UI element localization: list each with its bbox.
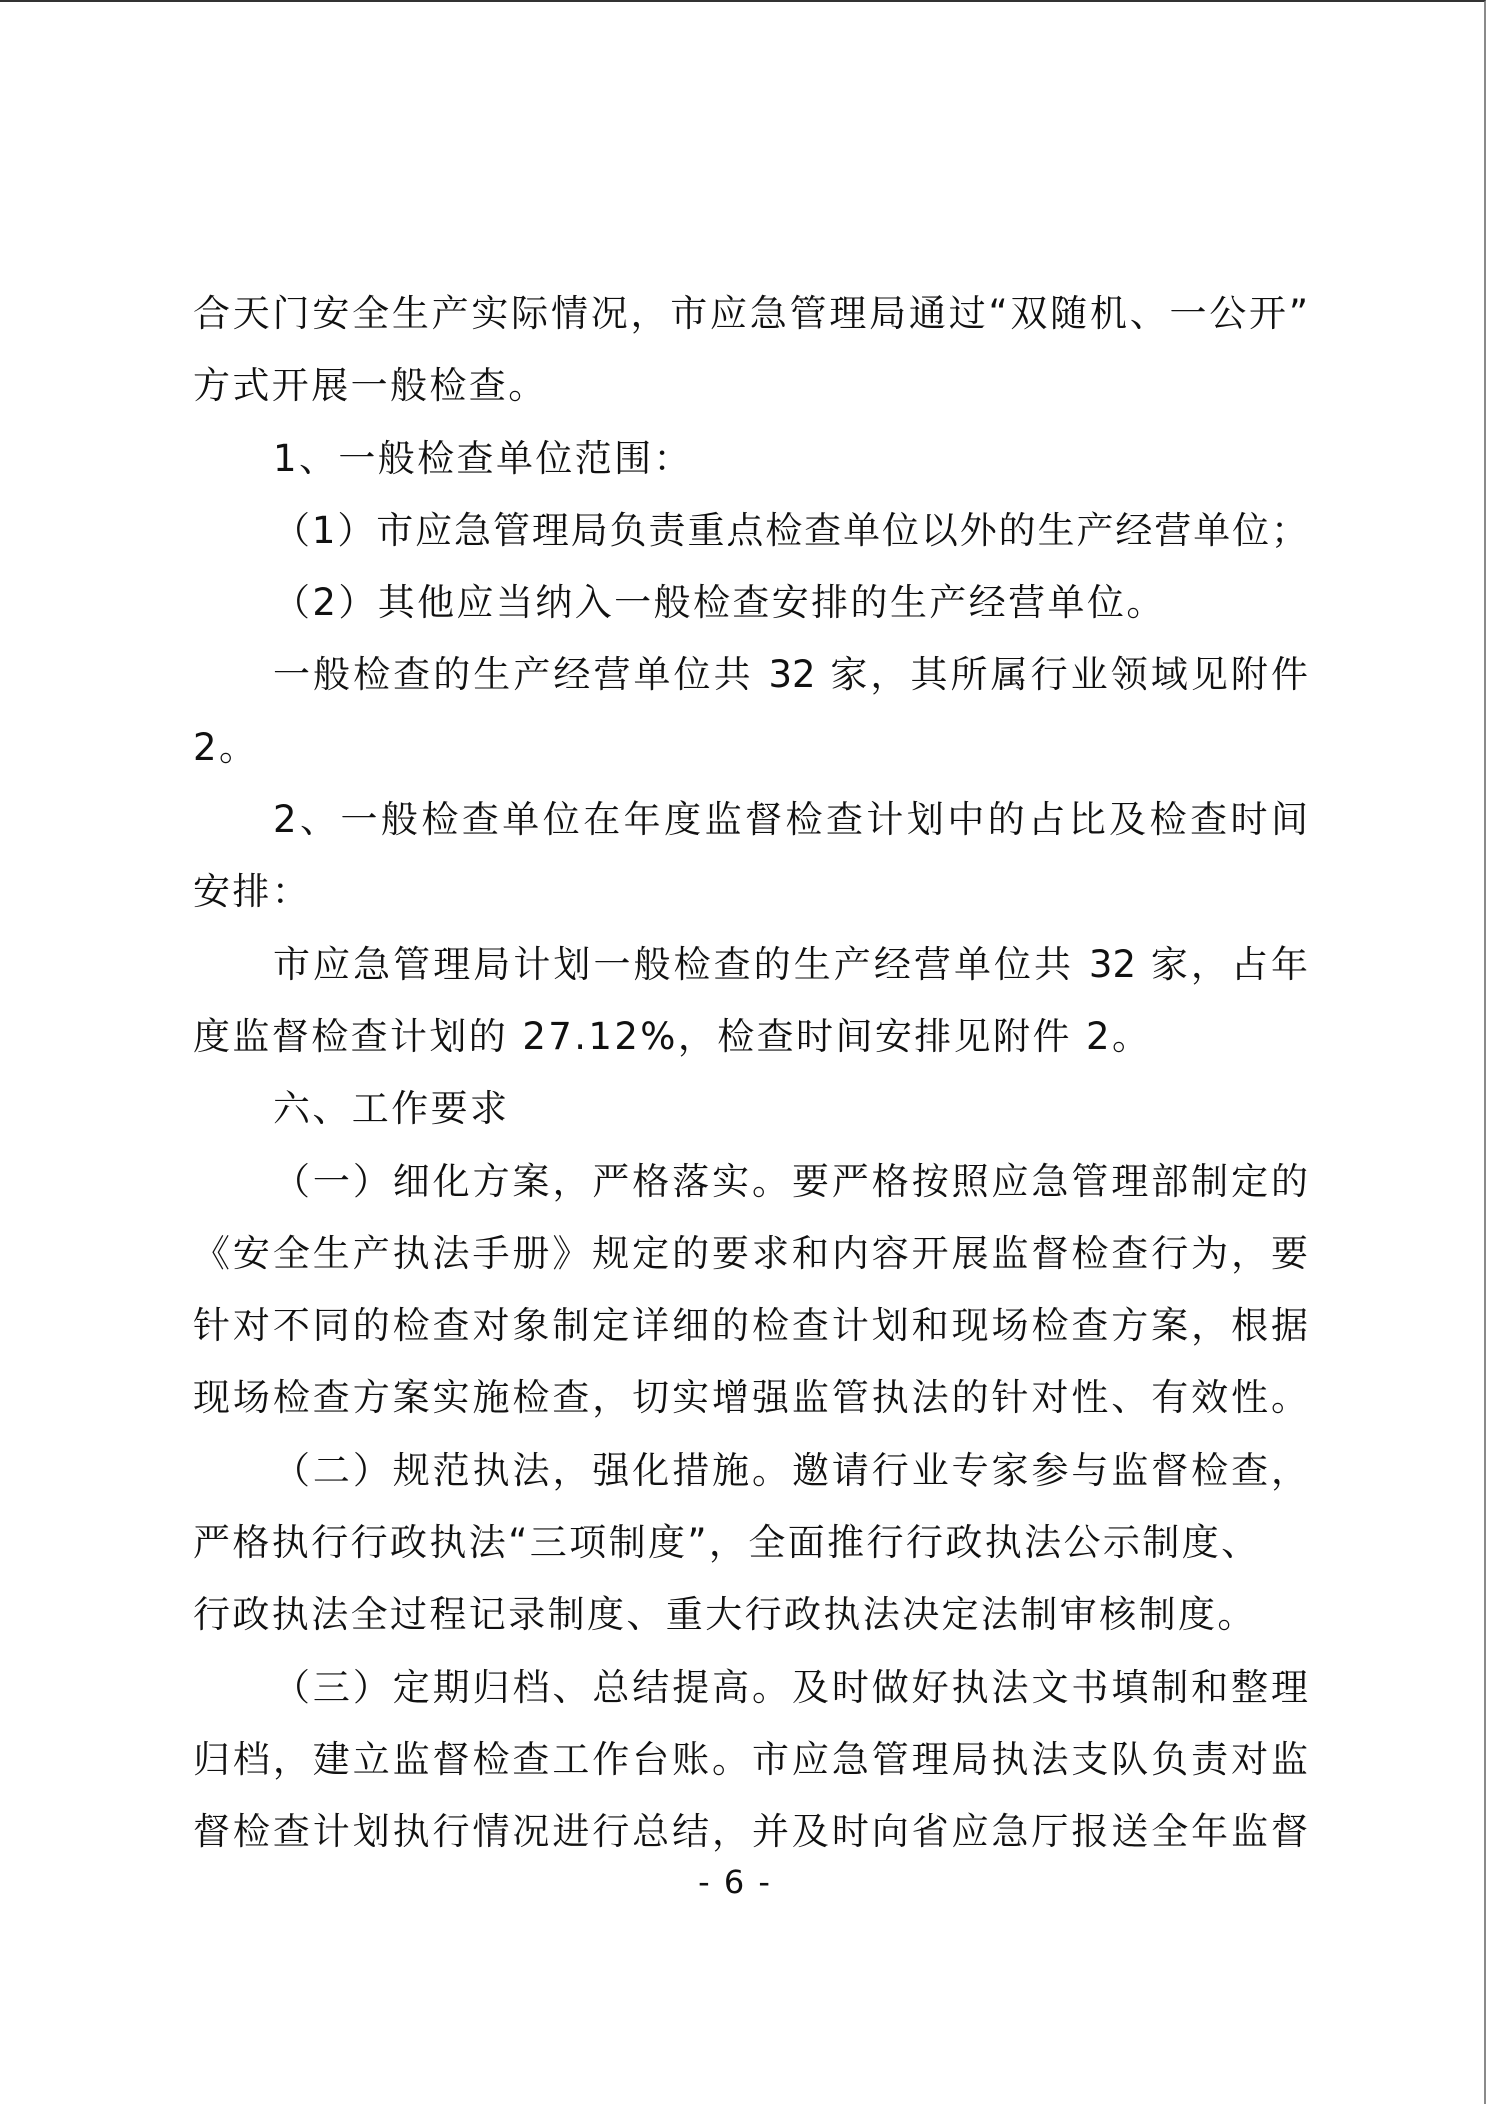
text-line-9: 安排：	[193, 856, 1308, 928]
text-line-2: 方式开展一般检查。	[193, 350, 1308, 422]
text-line-11: 度监督检查计划的 27.12%，检查时间安排见附件 2。	[193, 1001, 1308, 1073]
text-line-19: 行政执法全过程记录制度、重大行政执法决定法制审核制度。	[193, 1579, 1308, 1651]
text-line-1: 合天门安全生产实际情况，市应急管理局通过“双随机、一公开”	[193, 278, 1308, 350]
text-line-15: 针对不同的检查对象制定详细的检查计划和现场检查方案，根据	[193, 1290, 1308, 1362]
text-line-20: （三）定期归档、总结提高。及时做好执法文书填制和整理	[193, 1652, 1308, 1724]
text-line-17: （二）规范执法，强化措施。邀请行业专家参与监督检查，	[193, 1435, 1308, 1507]
text-line-21: 归档，建立监督检查工作台账。市应急管理局执法支队负责对监	[193, 1724, 1308, 1796]
text-line-16: 现场检查方案实施检查，切实增强监管执法的针对性、有效性。	[193, 1362, 1308, 1434]
text-line-14: 《安全生产执法手册》规定的要求和内容开展监督检查行为，要	[193, 1218, 1308, 1290]
text-line-18: 严格执行行政执法“三项制度”，全面推行行政执法公示制度、	[193, 1507, 1308, 1579]
text-line-10: 市应急管理局计划一般检查的生产经营单位共 32 家，占年	[193, 929, 1308, 1001]
text-line-22: 督检查计划执行情况进行总结，并及时向省应急厅报送全年监督	[193, 1796, 1308, 1868]
list-item-scope-1: （1）市应急管理局负责重点检查单位以外的生产经营单位；	[193, 495, 1308, 567]
text-line-6: 一般检查的生产经营单位共 32 家，其所属行业领域见附件	[193, 639, 1308, 711]
section-heading-proportion: 2、一般检查单位在年度监督检查计划中的占比及检查时间	[193, 784, 1308, 856]
text-line-7: 2。	[193, 712, 1308, 784]
text-line-13: （一）细化方案，严格落实。要严格按照应急管理部制定的	[193, 1146, 1308, 1218]
section-heading-work-requirements: 六、工作要求	[193, 1073, 1308, 1145]
page-number: - 6 -	[0, 1860, 1470, 1904]
list-item-scope-2: （2）其他应当纳入一般检查安排的生产经营单位。	[193, 567, 1308, 639]
section-heading-general-scope: 1、一般检查单位范围：	[193, 423, 1308, 495]
document-page: 合天门安全生产实际情况，市应急管理局通过“双随机、一公开” 方式开展一般检查。 …	[0, 0, 1486, 2104]
document-body: 合天门安全生产实际情况，市应急管理局通过“双随机、一公开” 方式开展一般检查。 …	[193, 278, 1308, 1869]
